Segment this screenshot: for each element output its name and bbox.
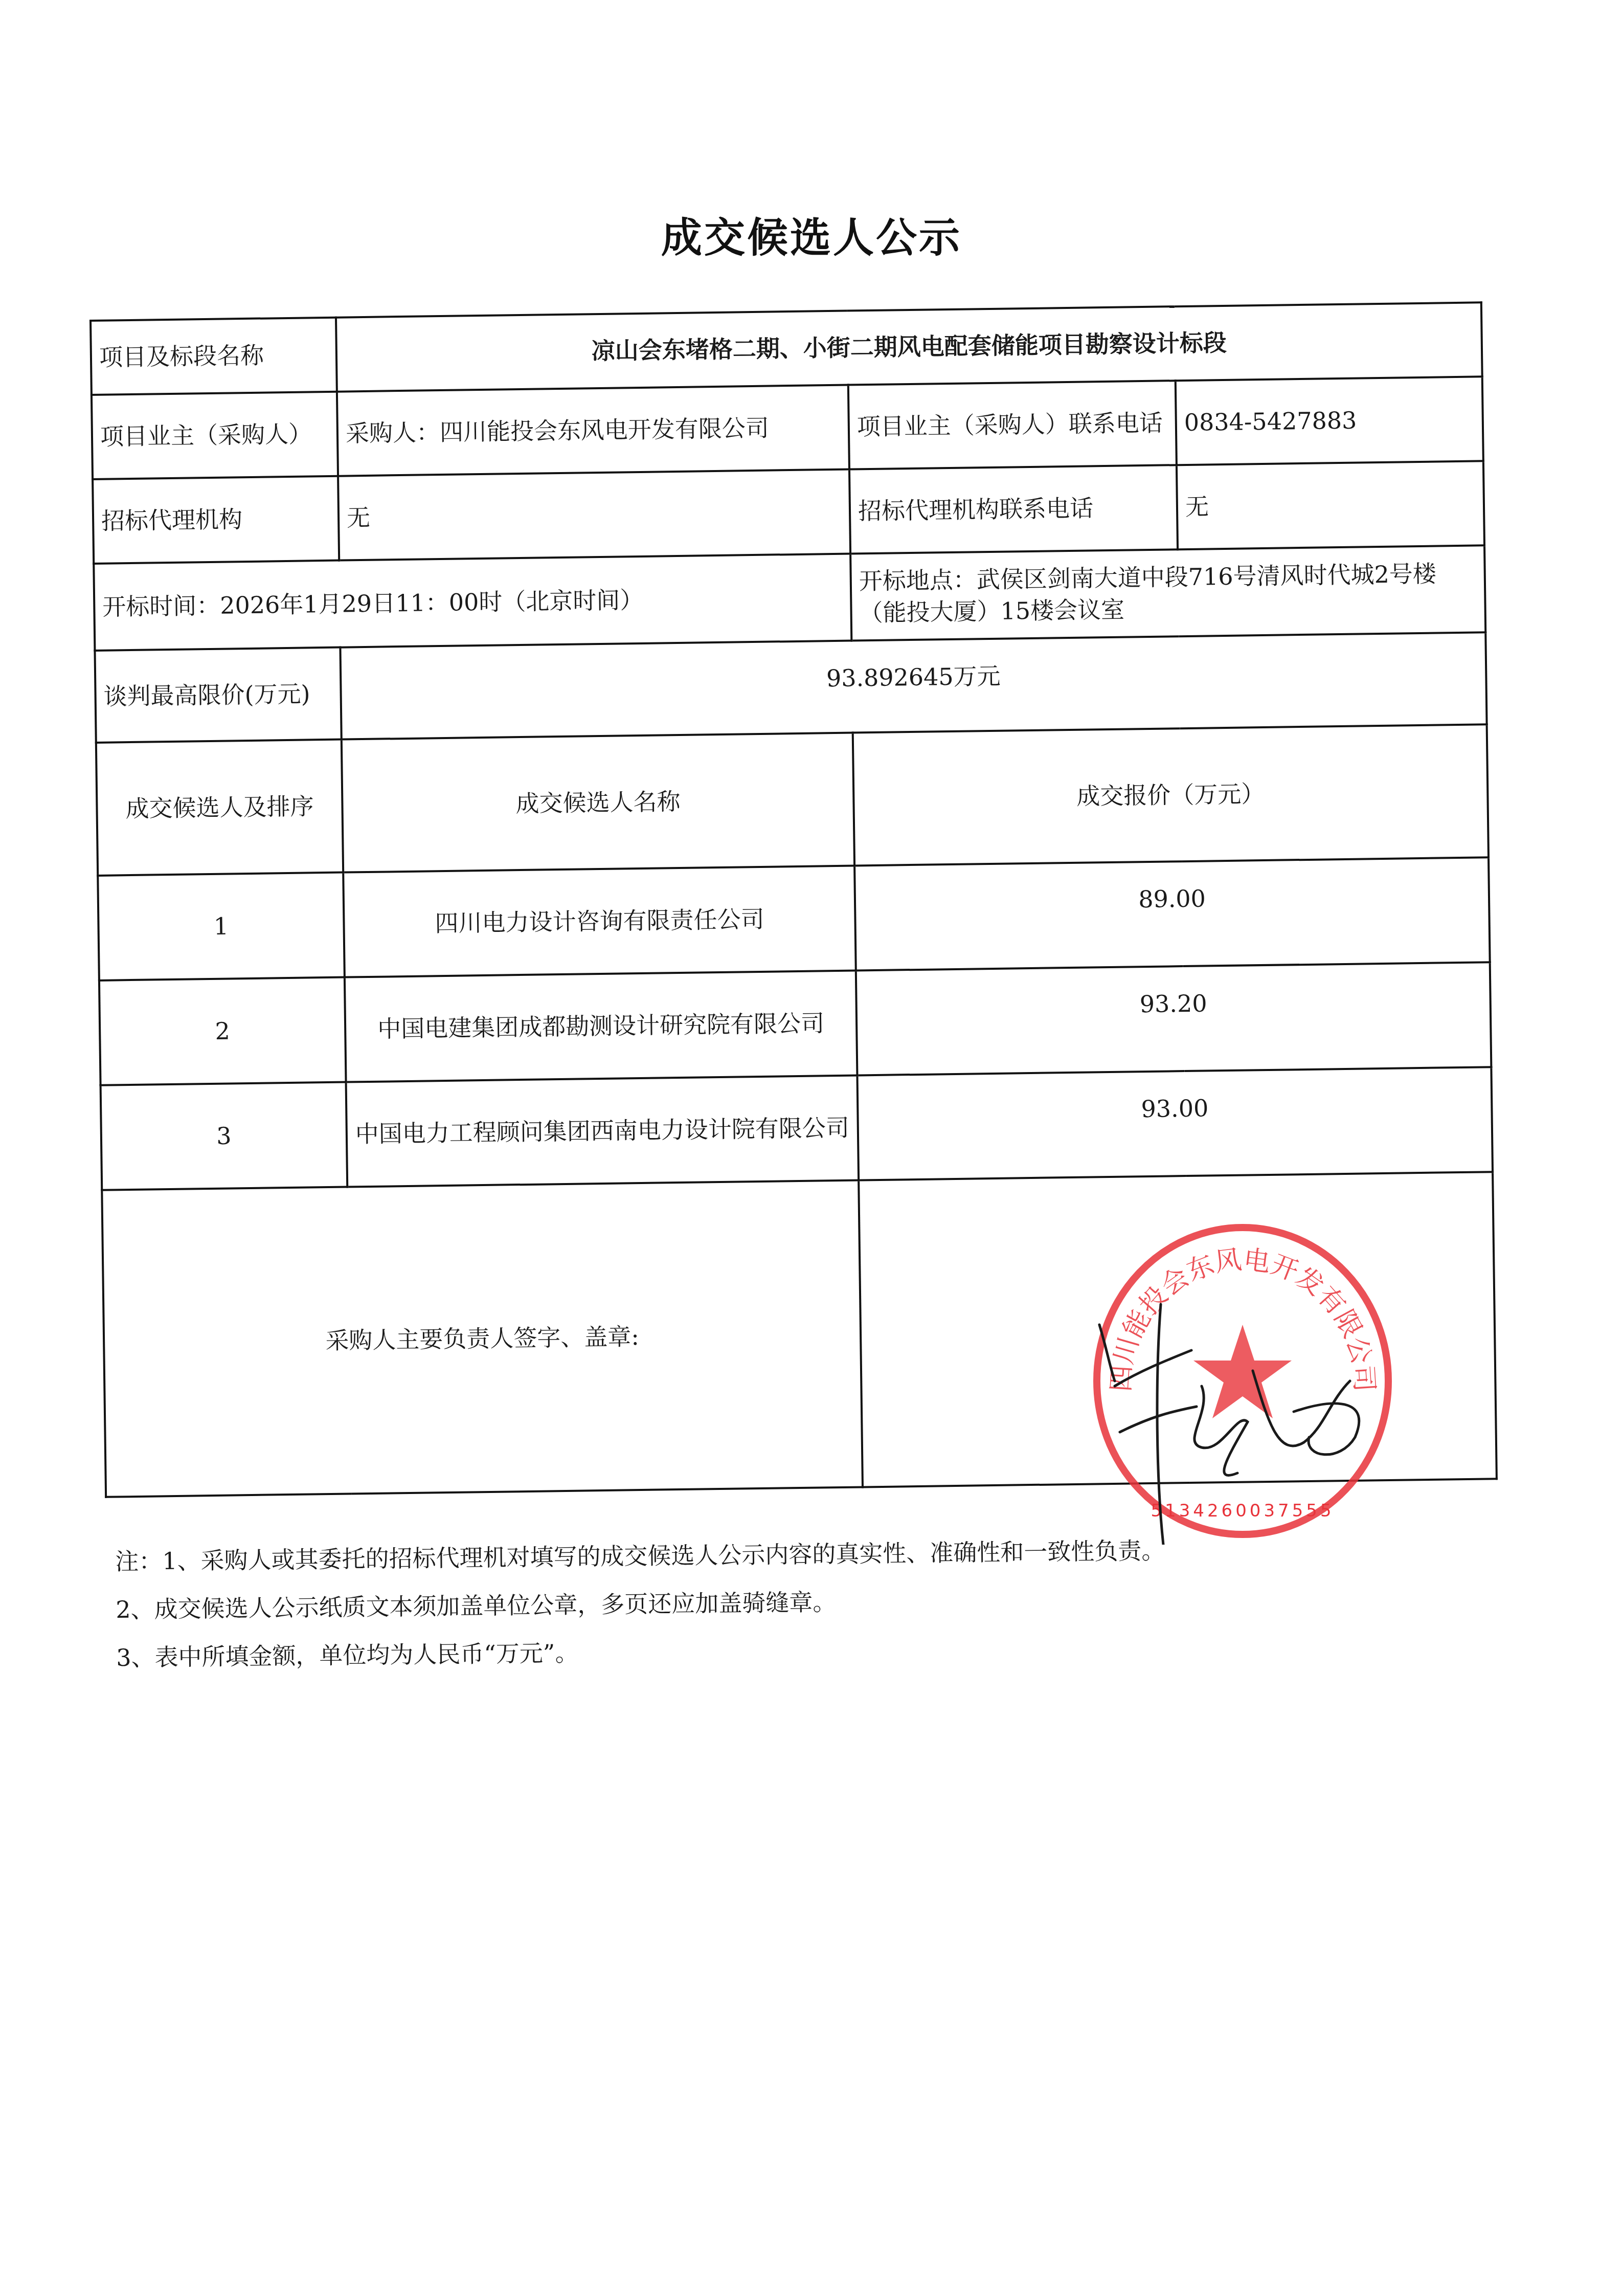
opening-place: 开标地点：武侯区剑南大道中段716号清风时代城2号楼（能投大厦）15楼会议室 [850, 545, 1485, 640]
row-max-price: 谈判最高限价(万元) 93.892645万元 [95, 632, 1486, 743]
candidates-header-row: 成交候选人及排序 成交候选人名称 成交报价（万元） [96, 724, 1489, 876]
opening-time: 开标时间：2026年1月29日11：00时（北京时间） [94, 554, 851, 651]
agency-phone-label: 招标代理机构联系电话 [849, 465, 1178, 553]
seal-code: 5134260037555 [1151, 1501, 1334, 1521]
max-price-label: 谈判最高限价(万元) [95, 648, 341, 743]
candidate-name: 四川电力设计咨询有限责任公司 [343, 866, 856, 977]
header-name: 成交候选人名称 [342, 733, 854, 873]
signature-area [859, 1172, 1497, 1487]
agency-label: 招标代理机构 [93, 476, 339, 564]
candidate-name: 中国电力工程顾问集团西南电力设计院有限公司 [346, 1075, 859, 1187]
project-name: 凉山会东堵格二期、小街二期风电配套储能项目勘察设计标段 [336, 302, 1482, 391]
owner-phone-value: 0834-5427883 [1176, 376, 1483, 465]
candidate-row: 3 中国电力工程顾问集团西南电力设计院有限公司 93.00 [101, 1067, 1493, 1190]
signature-row: 采购人主要负责人签字、盖章: [102, 1172, 1497, 1497]
candidate-price: 93.00 [857, 1067, 1493, 1180]
note-item: 2、成交候选人公示纸质文本须加盖单位公章，多页还应加盖骑缝章。 [116, 1587, 1166, 1621]
owner-label: 项目业主（采购人） [92, 392, 338, 479]
candidate-rank: 2 [99, 977, 346, 1085]
header-rank: 成交候选人及排序 [96, 740, 343, 876]
agency-value: 无 [338, 470, 850, 561]
announcement-table: 项目及标段名称 凉山会东堵格二期、小街二期风电配套储能项目勘察设计标段 项目业主… [89, 301, 1498, 1498]
max-price-value: 93.892645万元 [340, 632, 1486, 739]
note-item: 3、表中所填金额，单位均为人民币“万元”。 [116, 1635, 1166, 1669]
candidate-row: 1 四川电力设计咨询有限责任公司 89.00 [98, 857, 1490, 980]
signature-label: 采购人主要负责人签字、盖章: [102, 1180, 863, 1497]
document-title: 成交候选人公示 [0, 205, 1623, 263]
note-item: 注：1、采购人或其委托的招标代理机对填写的成交候选人公示内容的真实性、准确性和一… [115, 1539, 1165, 1573]
candidate-row: 2 中国电建集团成都勘测设计研究院有限公司 93.20 [99, 962, 1491, 1085]
header-price: 成交报价（万元） [853, 724, 1489, 865]
owner-phone-label: 项目业主（采购人）联系电话 [848, 381, 1177, 469]
candidate-price: 93.20 [856, 962, 1492, 1075]
candidate-name: 中国电建集团成都勘测设计研究院有限公司 [345, 970, 858, 1082]
candidate-rank: 1 [98, 873, 345, 980]
announcement-table-wrapper: 项目及标段名称 凉山会东堵格二期、小街二期风电配套储能项目勘察设计标段 项目业主… [89, 301, 1496, 1498]
candidate-rank: 3 [101, 1082, 348, 1190]
owner-value: 采购人：四川能投会东风电开发有限公司 [337, 385, 849, 476]
notes-section: 注：1、采购人或其委托的招标代理机对填写的成交候选人公示内容的真实性、准确性和一… [115, 1539, 1166, 1693]
agency-phone-value: 无 [1177, 461, 1484, 549]
project-label: 项目及标段名称 [91, 318, 337, 395]
candidate-price: 89.00 [854, 857, 1490, 970]
